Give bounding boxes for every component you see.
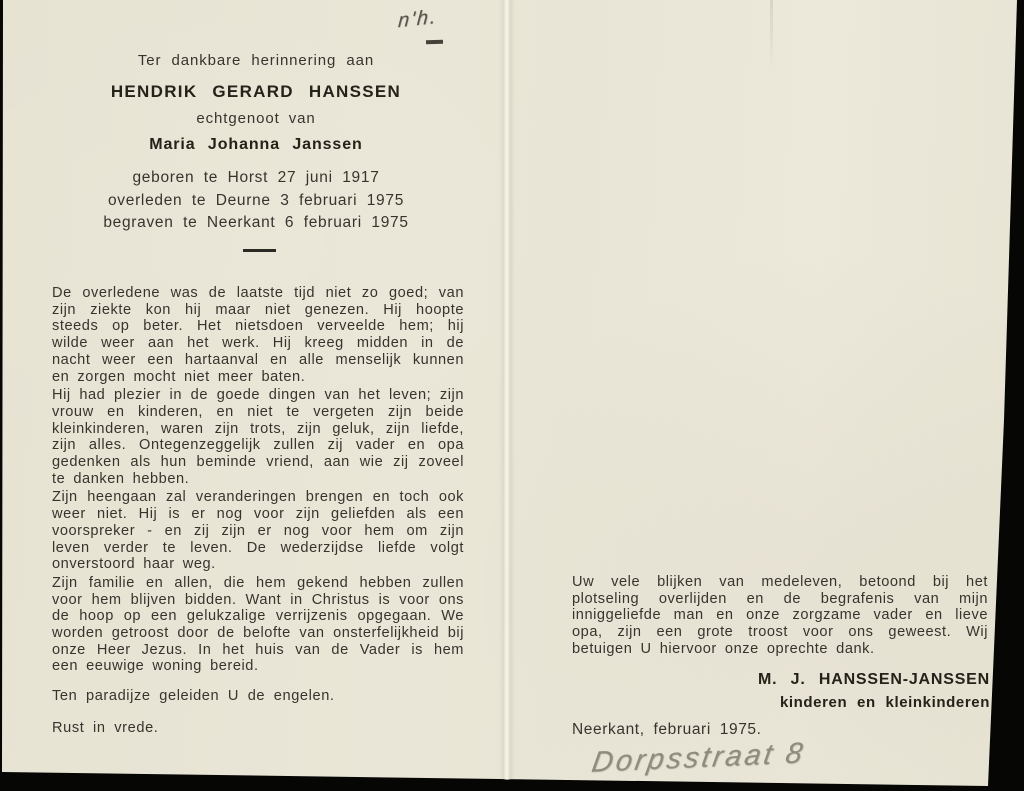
burial-line: begraven te Neerkant 6 februari 1975 bbox=[30, 212, 482, 235]
memorial-paragraph: Zijn heengaan zal veranderingen brengen … bbox=[52, 489, 464, 573]
paper-crease bbox=[770, 0, 773, 70]
signature-family-line: kinderen en kleinkinderen bbox=[572, 694, 990, 711]
section-divider-rule bbox=[243, 249, 276, 252]
memorial-text: De overledene was de laatste tijd niet z… bbox=[52, 285, 464, 677]
acknowledgement-paragraph: Uw vele blijken van medeleven, betoond b… bbox=[572, 574, 988, 658]
life-dates: geboren te Horst 27 juni 1917 overleden … bbox=[30, 167, 482, 235]
spouse-name: Maria Johanna Janssen bbox=[30, 136, 482, 154]
birth-line: geboren te Horst 27 juni 1917 bbox=[30, 167, 482, 190]
death-line: overleden te Deurne 3 februari 1975 bbox=[30, 190, 482, 213]
closing-prayer-line: Ten paradijze geleiden U de engelen. bbox=[52, 688, 335, 704]
place-and-date: Neerkant, februari 1975. bbox=[572, 721, 762, 739]
fold-crease bbox=[499, 0, 515, 780]
scanned-memorial-card: Ter dankbare herinnering aan HENDRIK GER… bbox=[0, 0, 1024, 791]
signature-name: M. J. HANSSEN-JANSSEN bbox=[572, 671, 990, 689]
handwritten-top-annotation: n'h. bbox=[397, 6, 438, 33]
handwritten-underline-mark bbox=[426, 40, 443, 45]
rest-in-peace-line: Rust in vrede. bbox=[52, 720, 158, 736]
relation-line: echtgenoot van bbox=[30, 110, 482, 127]
memorial-paragraph: Zijn familie en allen, die hem gekend he… bbox=[52, 575, 464, 675]
memorial-paragraph: Hij had plezier in de goede dingen van h… bbox=[52, 387, 464, 487]
deceased-name: HENDRIK GERARD HANSSEN bbox=[30, 82, 482, 102]
memorial-intro-line: Ter dankbare herinnering aan bbox=[30, 52, 482, 69]
memorial-paragraph: De overledene was de laatste tijd niet z… bbox=[52, 285, 464, 385]
